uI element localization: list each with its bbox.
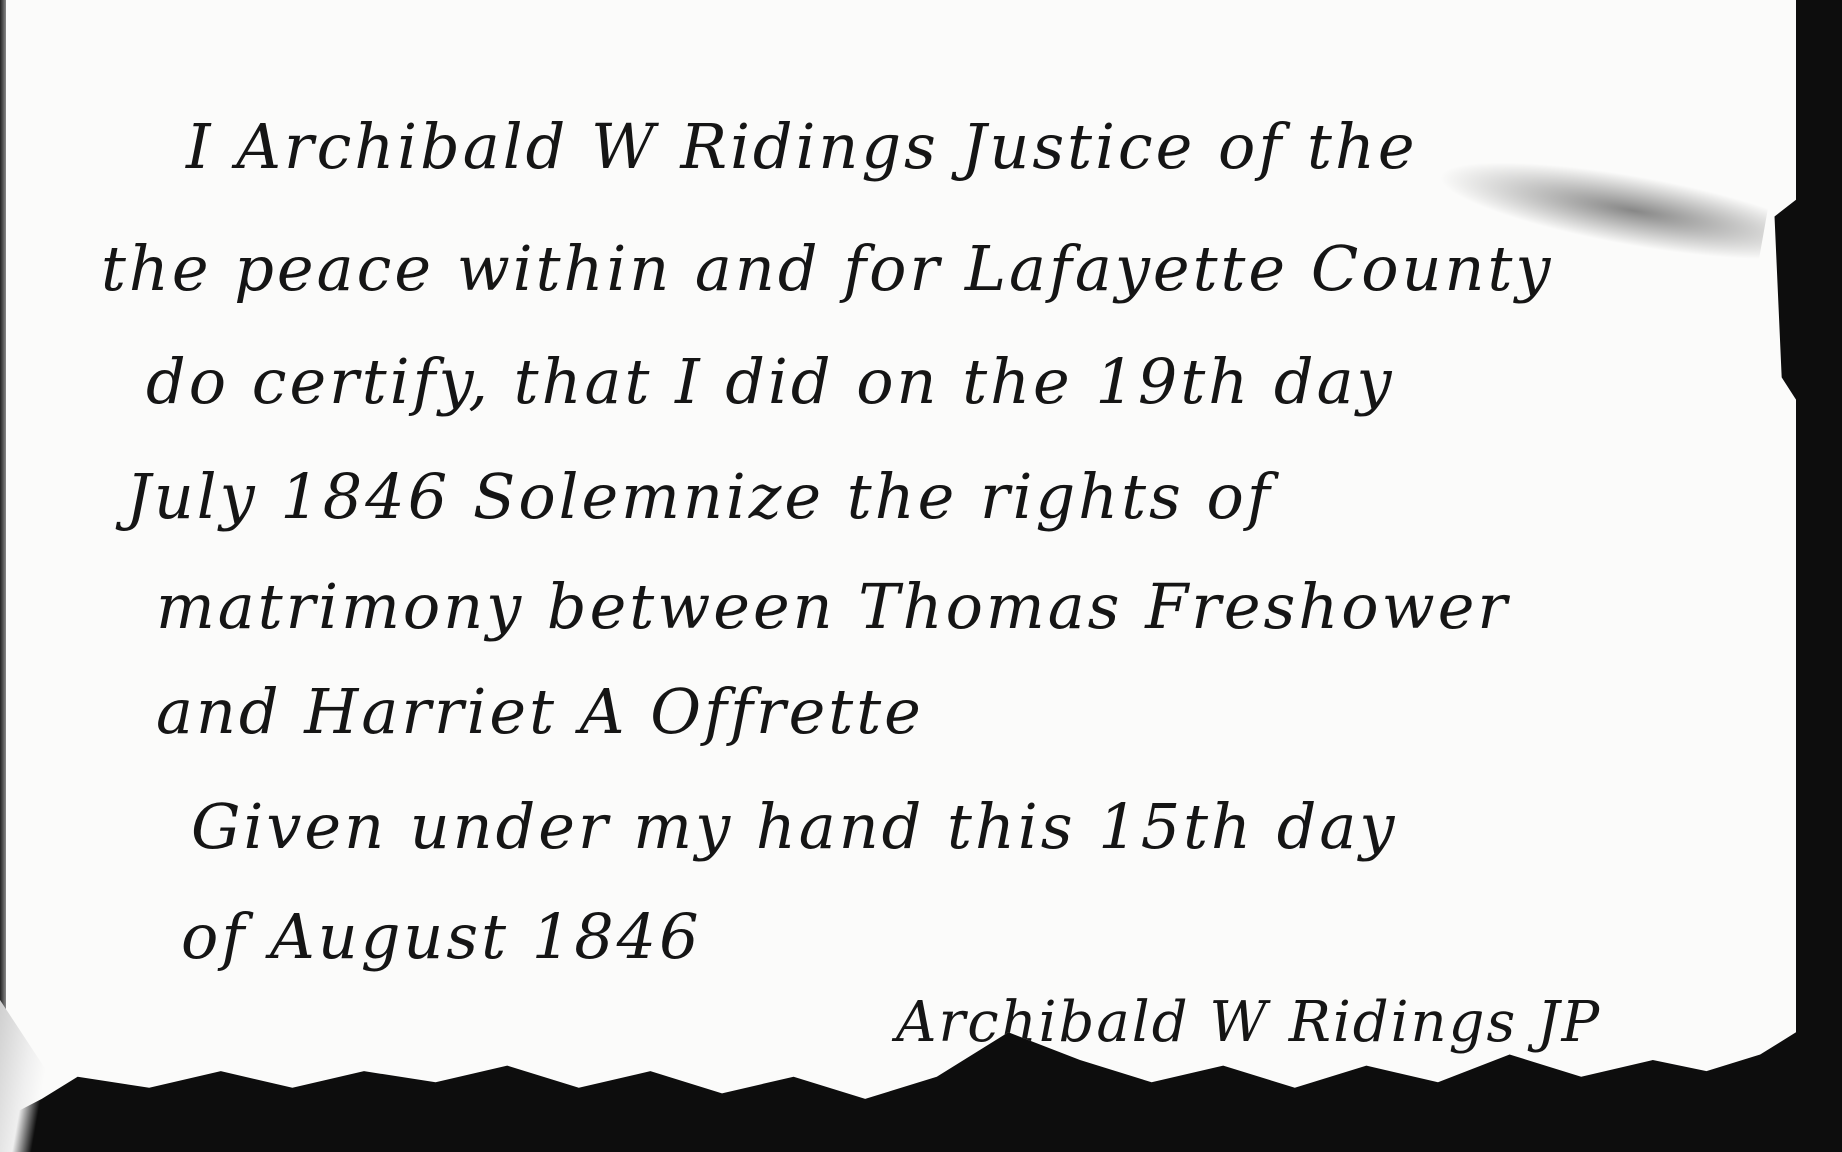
text-line-5: matrimony between Thomas Freshower bbox=[156, 570, 1510, 643]
text-line-3: do certify, that I did on the 19th day bbox=[146, 345, 1395, 418]
text-line-8: of August 1846 bbox=[181, 900, 702, 973]
text-line-7: Given under my hand this 15th day bbox=[191, 790, 1397, 863]
text-line-1: I Archibald W Ridings Justice of the bbox=[186, 110, 1418, 183]
text-line-4: July 1846 Solemnize the rights of bbox=[126, 460, 1273, 533]
paper-sheet: I Archibald W Ridings Justice of the the… bbox=[6, 0, 1796, 1110]
signature: Archibald W Ridings JP bbox=[896, 990, 1601, 1055]
scanned-document: I Archibald W Ridings Justice of the the… bbox=[0, 0, 1842, 1152]
scan-edge bbox=[0, 0, 6, 1152]
text-line-2: the peace within and for Lafayette Count… bbox=[101, 232, 1553, 305]
text-line-6: and Harriet A Offrette bbox=[156, 675, 924, 748]
